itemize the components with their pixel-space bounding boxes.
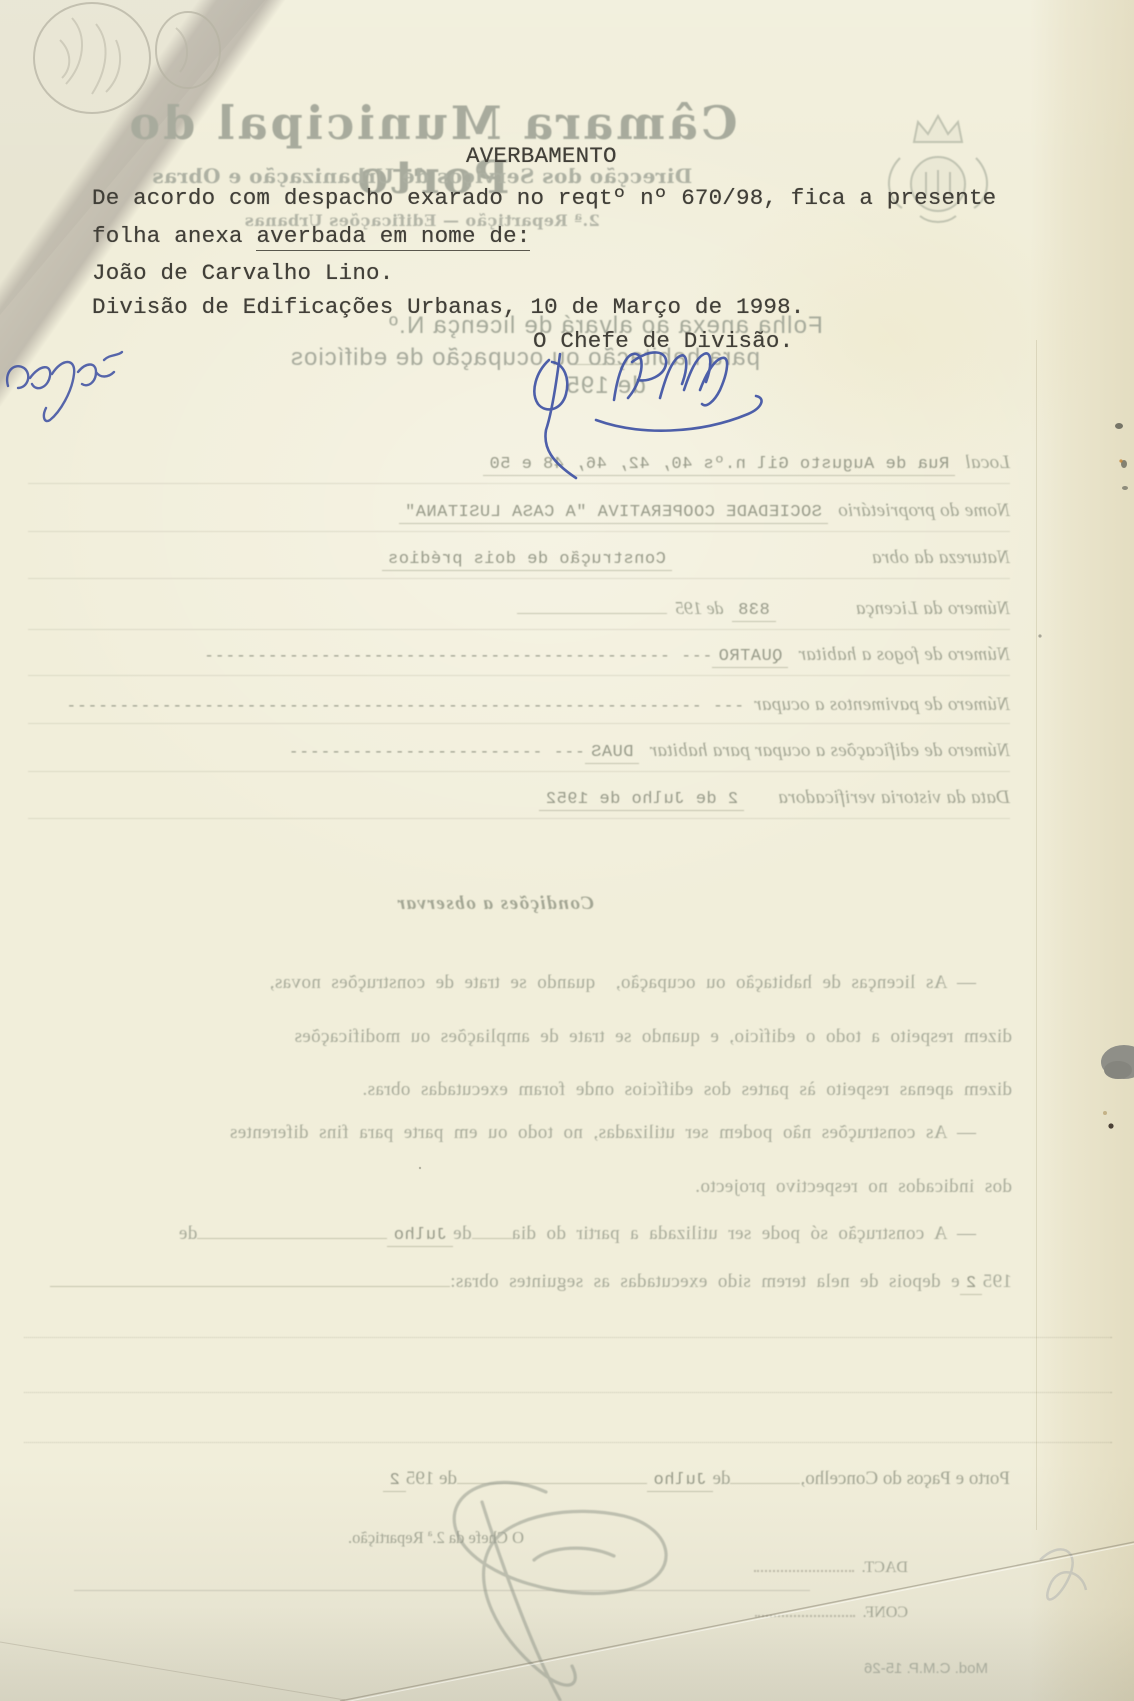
field-value: DUAS: [585, 743, 640, 764]
closing-text: de: [713, 1468, 731, 1490]
field-label: Local: [965, 452, 1010, 474]
ghost-closing-line: Porto e Paços do Concelho, de Julho de 1…: [78, 1464, 1010, 1492]
line2-plain: folha anexa: [92, 223, 256, 249]
month-fill: Julho: [647, 1471, 713, 1492]
ghost-conditions-title: Condições a observar: [52, 893, 938, 915]
field-suffix: de 195: [675, 598, 724, 619]
condition-text: de: [179, 1223, 198, 1245]
ghost-condition-line: dizem apenas respeito às partes dos edif…: [362, 1079, 1012, 1101]
ghost-field-local: Local Rua de Augusto Gil n.ºs 40, 42, 46…: [28, 452, 1010, 484]
condition-text: e depois de nela terem sido executadas a…: [450, 1271, 960, 1293]
ghost-signature-ink: [0, 0, 1134, 1701]
month-fill: Julho: [387, 1226, 453, 1247]
dact-dotted-line: [754, 1556, 854, 1572]
blank: [457, 1464, 647, 1484]
blank: [197, 1219, 387, 1239]
ghost-conf-row: CONF.: [755, 1601, 908, 1622]
field-label: Número de pavimentos a ocupar: [754, 694, 1010, 716]
field-value: Construção de dois prédios: [382, 550, 672, 571]
averbamento-line1: De acordo com despacho exarado no reqtº …: [92, 185, 996, 211]
averbamento-division-date: Divisão de Edificações Urbanas, 10 de Ma…: [92, 294, 805, 320]
field-label: Data da vistoria verificadora: [778, 787, 1010, 809]
ghost-signature-line: [74, 1590, 810, 1591]
ghost-condition-line: — As licenças de habitação ou ocupação, …: [269, 972, 976, 994]
field-value: 2 de Julho de 1952: [539, 790, 744, 811]
closing-text: de 195: [406, 1468, 457, 1490]
field-dashes: --- ------------------------------------…: [28, 647, 712, 665]
field-blank: [517, 597, 667, 614]
field-dashes: --- ------------------------------------…: [28, 697, 744, 715]
ghost-dact-row: DACT.: [754, 1556, 908, 1577]
day-blank: [730, 1464, 800, 1484]
year-fill: 2: [383, 1471, 406, 1492]
ghost-form-layer: Câmara Municipal do Porto Direcção dos S…: [0, 0, 1134, 1701]
ghost-condition-line: 195 2 e depois de nela terem sido execut…: [50, 1267, 1012, 1295]
ghost-model-reference: Mod. C.M.P. 15-26: [864, 1660, 988, 1677]
field-label: Natureza da obra: [872, 547, 1010, 569]
ghost-field-proprietario: Nome do proprietário SOCIEDADE COOPERATI…: [28, 500, 1010, 532]
condition-text: de: [453, 1223, 472, 1245]
condition-text: 195: [982, 1271, 1012, 1293]
ghost-field-edificacoes: Número de edificações a ocupar para habi…: [28, 740, 1010, 772]
line2-underlined: averbada em nome de:: [256, 223, 530, 251]
averbamento-signer-title: O Chefe de Divisão.: [533, 328, 793, 354]
ghost-blank-line: [24, 1337, 1112, 1338]
conf-dotted-line: [755, 1601, 855, 1617]
field-label: Número de edificações a ocupar para habi…: [650, 740, 1011, 762]
ghost-sheet-title-part2: de 195: [565, 372, 646, 399]
field-label: Número da Licença: [856, 598, 1010, 620]
closing-text: Porto e Paços do Concelho,: [800, 1468, 1010, 1490]
ghost-condition-line: dizem respeito a todo o edifício, e quan…: [294, 1026, 1012, 1048]
ghost-field-licenca: Número da Licença 838 de 195: [28, 597, 1010, 630]
trailing-blank: [50, 1267, 450, 1287]
ghost-field-natureza: Natureza da obra Construção de dois préd…: [28, 547, 1010, 579]
field-value: QUATRO: [712, 647, 788, 668]
field-dashes: --- ------------------------: [28, 743, 585, 761]
day-blank: [472, 1219, 512, 1239]
ghost-field-fogos: Número de fogos a habitar QUATRO --- ---…: [28, 644, 1010, 676]
averbamento-name: João de Carvalho Lino.: [92, 260, 393, 286]
scanned-document-page: Câmara Municipal do Porto Direcção dos S…: [0, 0, 1134, 1701]
field-value: Rua de Augusto Gil n.ºs 40, 42, 46, 48 e…: [483, 455, 955, 476]
averbamento-line2: folha anexa averbada em nome de:: [92, 223, 530, 249]
ghost-condition-line: dos indicados no respectivo projecto.: [695, 1176, 1012, 1198]
conf-label: CONF.: [863, 1604, 908, 1622]
field-label: Número de fogos a habitar: [798, 644, 1010, 666]
ghost-signature-caption: O Chefe da 2.ª Repartição.: [286, 1528, 586, 1548]
field-value: SOCIEDADE COOPERATIVA "A CASA LUSITANA": [399, 503, 828, 524]
condition-text: — A construção só pode ser utilizada a p…: [512, 1223, 976, 1245]
field-label: Nome do proprietário: [838, 500, 1010, 522]
field-value: 838: [732, 601, 776, 622]
ghost-blank-line: [24, 1392, 1112, 1393]
crest-icon: [876, 100, 1000, 236]
ghost-condition-line: — As construções não podem ser utilizada…: [230, 1122, 976, 1144]
ghost-blank-line: [24, 1442, 1112, 1443]
year-fill: 2: [960, 1274, 983, 1295]
ghost-field-vistoria: Data da vistoria verificadora 2 de Julho…: [28, 787, 1010, 819]
ghost-field-pavimentos: Número de pavimentos a ocupar --- ------…: [28, 694, 1010, 724]
dact-label: DACT.: [862, 1559, 908, 1577]
averbamento-title: AVERBAMENTO: [466, 143, 617, 169]
ghost-condition-line: — A construção só pode ser utilizada a p…: [50, 1219, 976, 1247]
